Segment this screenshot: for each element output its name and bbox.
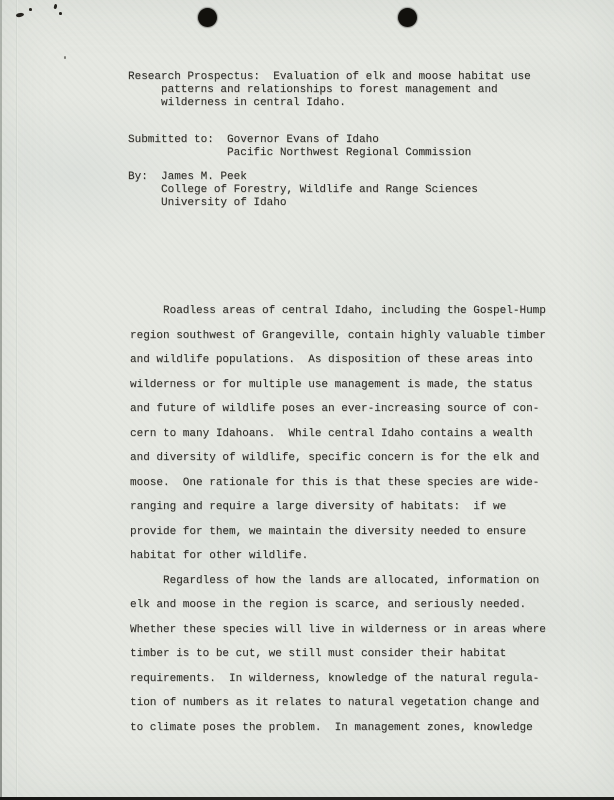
text-line: wilderness in central Idaho.	[128, 97, 531, 110]
text-line: provide for them, we maintain the divers…	[130, 520, 546, 545]
page-crease	[16, 0, 18, 800]
punch-hole-right-icon	[398, 8, 417, 27]
text-line: Research Prospectus: Evaluation of elk a…	[128, 71, 531, 84]
pen-mark-dot	[59, 12, 62, 15]
text-line: Submitted to: Governor Evans of Idaho	[128, 134, 471, 147]
pen-mark-dash	[16, 12, 25, 18]
submitted-to-block: Submitted to: Governor Evans of Idaho Pa…	[128, 134, 471, 160]
text-line: and wildlife populations. As disposition…	[130, 348, 546, 373]
text-line: moose. One rationale for this is that th…	[130, 471, 546, 496]
document-title: Research Prospectus: Evaluation of elk a…	[128, 71, 531, 110]
text-line: and future of wildlife poses an ever-inc…	[130, 397, 546, 422]
text-line: cern to many Idahoans. While central Ida…	[130, 422, 546, 447]
text-line: timber is to be cut, we still must consi…	[130, 642, 546, 667]
text-line: By: James M. Peek	[128, 171, 478, 184]
text-line: elk and moose in the region is scarce, a…	[130, 593, 546, 618]
text-line: patterns and relationships to forest man…	[128, 84, 531, 97]
body-text: Roadless areas of central Idaho, includi…	[130, 299, 546, 740]
pen-mark-dot	[64, 56, 66, 59]
text-line: ranging and require a large diversity of…	[130, 495, 546, 520]
text-line: habitat for other wildlife.	[130, 544, 546, 569]
text-line: Roadless areas of central Idaho, includi…	[130, 299, 546, 324]
text-line: Regardless of how the lands are allocate…	[130, 569, 546, 594]
text-line: Pacific Northwest Regional Commission	[128, 147, 471, 160]
text-line: Whether these species will live in wilde…	[130, 618, 546, 643]
punch-hole-left-icon	[198, 8, 217, 27]
text-line: and diversity of wildlife, specific conc…	[130, 446, 546, 471]
scanned-document-page: { "page": { "colors": { "paper": "#e6e8e…	[0, 0, 614, 800]
text-line: region southwest of Grangeville, contain…	[130, 324, 546, 349]
text-line: tion of numbers as it relates to natural…	[130, 691, 546, 716]
scan-edge-left	[0, 0, 2, 800]
pen-mark-dot	[53, 4, 57, 10]
text-line: requirements. In wilderness, knowledge o…	[130, 667, 546, 692]
text-line: to climate poses the problem. In managem…	[130, 716, 546, 741]
pen-mark-dot	[29, 8, 32, 11]
text-line: University of Idaho	[128, 197, 478, 210]
text-line: wilderness or for multiple use managemen…	[130, 373, 546, 398]
text-line: College of Forestry, Wildlife and Range …	[128, 184, 478, 197]
author-block: By: James M. Peek College of Forestry, W…	[128, 171, 478, 210]
